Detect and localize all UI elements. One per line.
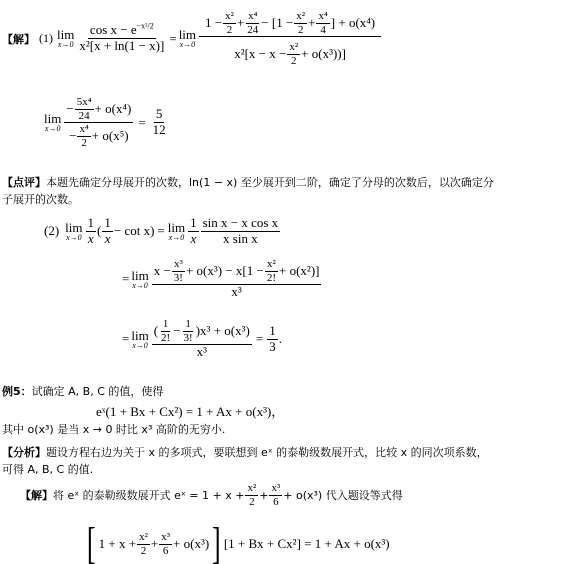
part2-line3: = limx→0 ( 12! − 13! )x³ + o(x³) x³ = 13… xyxy=(122,318,282,360)
part1-line1: 【解】 (1) limx→0 cos x − e−x²/2 x²[x + ln(… xyxy=(2,10,382,68)
comment-block: 【点评】本题先确定分母展开的次数，ln(1 − x) 至少展开到二阶，确定了分母… xyxy=(2,174,494,208)
solution5-line1: 【解】 将 eˣ 的泰勒级数展开式 eˣ = 1 + x + x²2 + x³6… xyxy=(20,482,403,508)
rhs-fraction: 1 − x²2 + x⁴24 − [1 − x²2 + x⁴4 ] + o(x⁴… xyxy=(199,10,381,68)
solution-tag: 【解】 xyxy=(20,487,53,503)
result-fraction: 512 xyxy=(151,107,168,138)
example5-note: 其中 o(x³) 是当 x → 0 时比 x³ 高阶的无穷小. xyxy=(2,421,225,437)
limit-operator: limx→0 xyxy=(179,28,196,49)
solution-tag: 【解】 xyxy=(2,31,35,47)
analysis-tag: 【分析】 xyxy=(2,446,46,459)
part-index: (1) xyxy=(39,31,53,46)
part2-line1: (2) limx→0 1x ( 1x − cot x) = limx→0 1x … xyxy=(44,216,281,247)
comment-tag: 【点评】 xyxy=(2,176,46,189)
example5-equation: eˣ(1 + Bx + Cx²) = 1 + Ax + o(x³)， xyxy=(96,401,284,420)
part1-line2: limx→0 − 5x⁴24 + o(x⁴) − x⁴2 + o(x⁵) = 5… xyxy=(44,96,169,150)
limit-operator: limx→0 xyxy=(44,112,61,133)
part2-line2: = limx→0 x − x³3! + o(x³) − x[1 − x²2! +… xyxy=(122,258,322,300)
example5-prompt: 例5：试确定 A, B, C 的值，使得 xyxy=(2,383,163,399)
lhs-fraction: cos x − e−x²/2 x²[x + ln(1 − x)] xyxy=(77,23,166,54)
solution5-equation: [ 1 + x + x²2 + x³6 + o(x³) ] [1 + Bx + … xyxy=(84,522,390,564)
example-label: 例5： xyxy=(2,385,32,398)
step2-fraction: − 5x⁴24 + o(x⁴) − x⁴2 + o(x⁵) xyxy=(64,96,133,150)
limit-operator: limx→0 xyxy=(57,28,74,49)
analysis-block: 【分析】题设方程右边为关于 x 的多项式，要联想到 eˣ 的泰勒级数展开式，比较… xyxy=(2,444,488,478)
